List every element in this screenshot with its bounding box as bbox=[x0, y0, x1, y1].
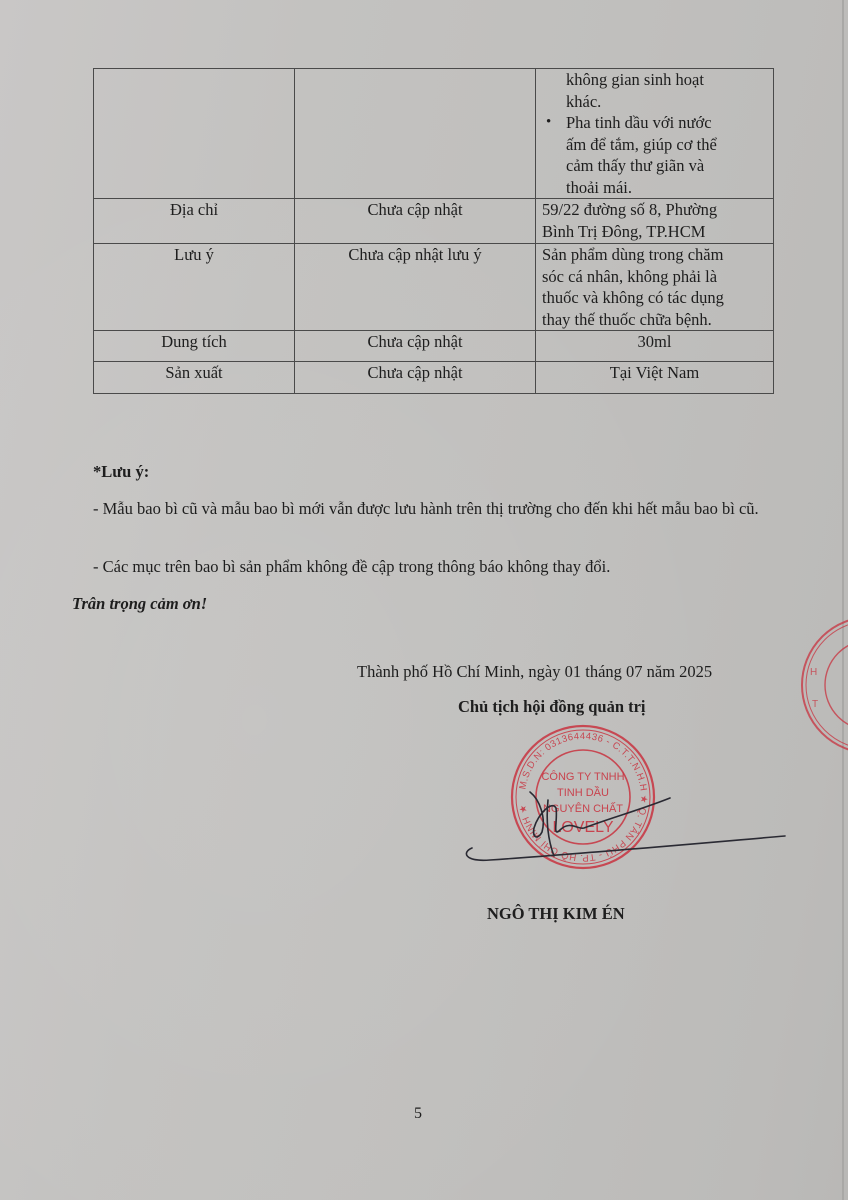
closing-text: Trân trọng cảm ơn! bbox=[72, 594, 207, 614]
list-item: cảm thấy thư giãn và bbox=[566, 155, 767, 177]
signature-icon bbox=[460, 770, 790, 870]
list-item: Pha tinh dầu với nước bbox=[566, 112, 767, 134]
row-detail: 59/22 đường số 8, Phường Bình Trị Đông, … bbox=[536, 199, 774, 244]
detail-line: thay thế thuốc chữa bệnh. bbox=[542, 309, 767, 331]
table-row: Dung tích Chưa cập nhật 30ml bbox=[94, 331, 774, 362]
list-item: khác. bbox=[566, 91, 767, 113]
svg-text:T: T bbox=[812, 699, 818, 710]
row-label: Lưu ý bbox=[94, 244, 295, 331]
product-spec-table: không gian sinh hoạt khác. Pha tinh dầu … bbox=[93, 68, 774, 394]
detail-line: sóc cá nhân, không phải là bbox=[542, 266, 767, 288]
row-value: Chưa cập nhật bbox=[295, 331, 536, 362]
row-label: Dung tích bbox=[94, 331, 295, 362]
usage-list: không gian sinh hoạt khác. Pha tinh dầu … bbox=[542, 69, 767, 198]
row-label bbox=[94, 69, 295, 199]
list-item: không gian sinh hoạt bbox=[566, 69, 767, 91]
row-detail: Tại Việt Nam bbox=[536, 362, 774, 394]
place-date: Thành phố Hồ Chí Minh, ngày 01 tháng 07 … bbox=[357, 662, 712, 682]
detail-line: thuốc và không có tác dụng bbox=[542, 287, 767, 309]
row-value bbox=[295, 69, 536, 199]
row-label: Sản xuất bbox=[94, 362, 295, 394]
note-item: - Mẫu bao bì cũ và mẫu bao bì mới vẫn đư… bbox=[93, 497, 783, 521]
row-label: Địa chỉ bbox=[94, 199, 295, 244]
notes-title: *Lưu ý: bbox=[93, 462, 149, 482]
row-detail: 30ml bbox=[536, 331, 774, 362]
table-row: Địa chỉ Chưa cập nhật 59/22 đường số 8, … bbox=[94, 199, 774, 244]
table-row: Sản xuất Chưa cập nhật Tại Việt Nam bbox=[94, 362, 774, 394]
row-value: Chưa cập nhật bbox=[295, 362, 536, 394]
svg-text:H: H bbox=[810, 667, 817, 678]
paper-edge bbox=[842, 0, 844, 1200]
detail-line: Bình Trị Đông, TP.HCM bbox=[542, 221, 767, 243]
page-number: 5 bbox=[414, 1105, 422, 1123]
signer-role: Chủ tịch hội đồng quản trị bbox=[458, 697, 646, 717]
row-detail: Sản phẩm dùng trong chăm sóc cá nhân, kh… bbox=[536, 244, 774, 331]
row-value: Chưa cập nhật lưu ý bbox=[295, 244, 536, 331]
list-item: ấm để tắm, giúp cơ thể bbox=[566, 134, 767, 156]
partial-seal-icon: H T bbox=[770, 615, 848, 755]
detail-line: Sản phẩm dùng trong chăm bbox=[542, 244, 767, 266]
row-value: Chưa cập nhật bbox=[295, 199, 536, 244]
note-item: - Các mục trên bao bì sản phẩm không đề … bbox=[93, 555, 783, 579]
row-detail: không gian sinh hoạt khác. Pha tinh dầu … bbox=[536, 69, 774, 199]
detail-line: 59/22 đường số 8, Phường bbox=[542, 199, 767, 221]
signer-name: NGÔ THỊ KIM ÉN bbox=[487, 904, 625, 924]
table-row: không gian sinh hoạt khác. Pha tinh dầu … bbox=[94, 69, 774, 199]
table-row: Lưu ý Chưa cập nhật lưu ý Sản phẩm dùng … bbox=[94, 244, 774, 331]
list-item: thoải mái. bbox=[566, 177, 767, 199]
